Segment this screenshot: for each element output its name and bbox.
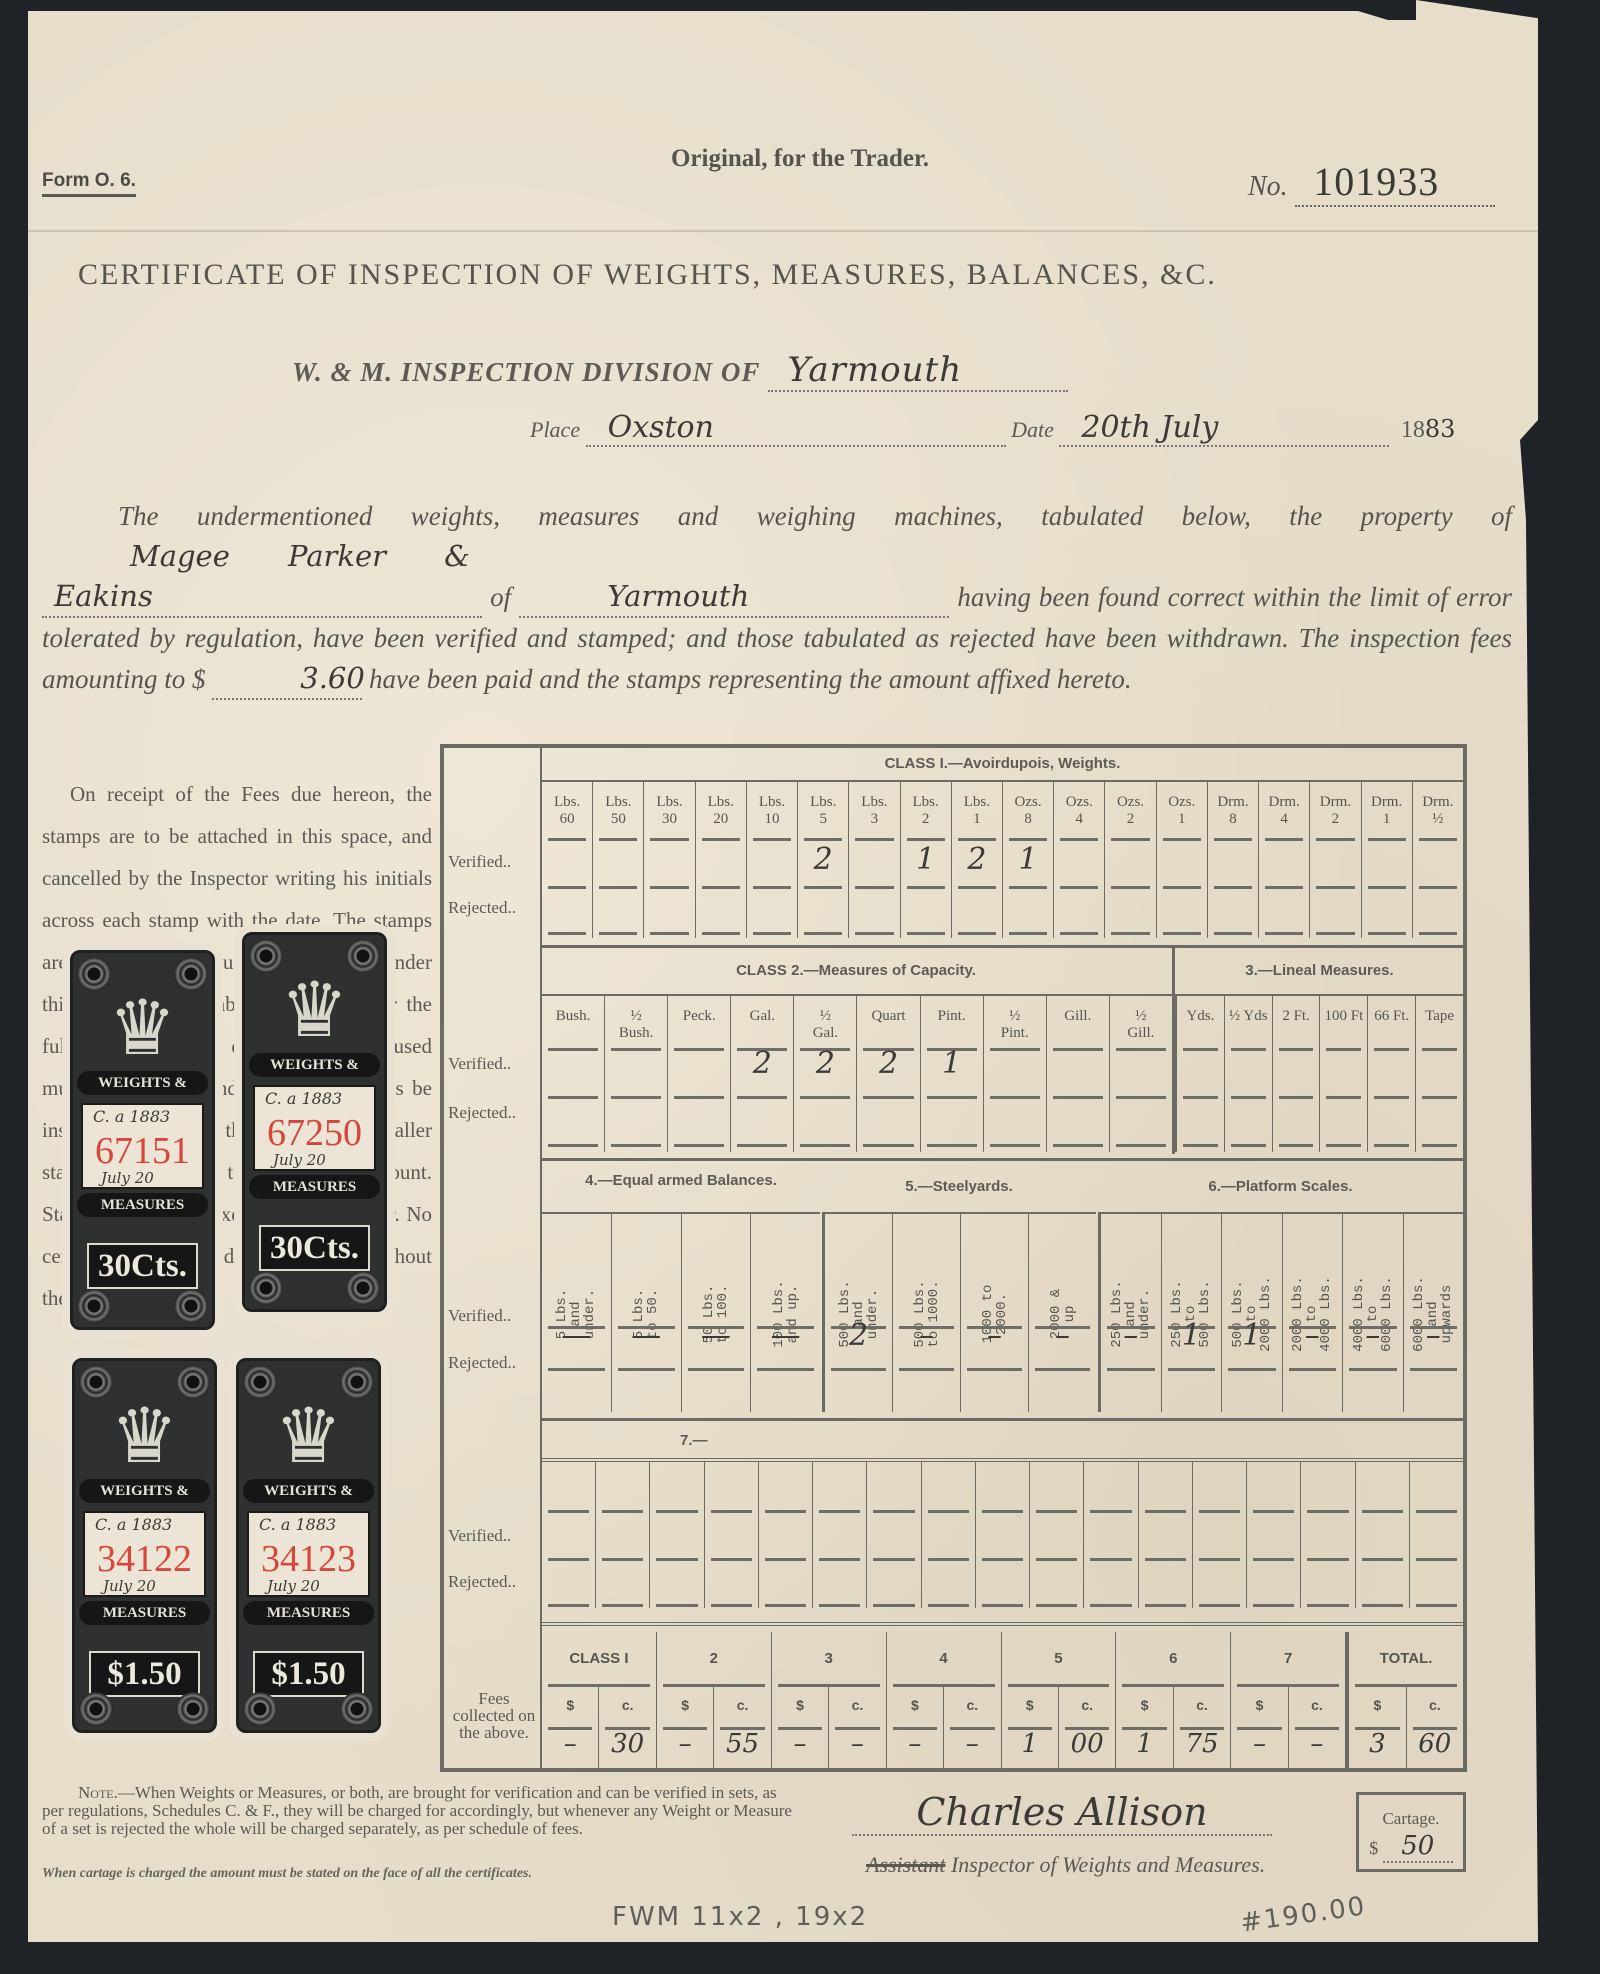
cell-divider — [1214, 932, 1252, 935]
class5-title: 5.—Steelyards. — [822, 1178, 1096, 1195]
verified-count: — — [751, 1318, 820, 1353]
cell-divider — [1145, 1558, 1186, 1561]
class4-title: 4.—Equal armed Balances. — [542, 1172, 820, 1189]
cell-divider — [702, 886, 740, 889]
class6-column: 250 Lbs. and under.– — [1101, 1214, 1162, 1412]
column-header: Gal. — [731, 996, 793, 1025]
fee-class-label: 4 — [887, 1632, 1001, 1667]
cell-divider — [990, 1048, 1040, 1051]
year-suffix: 83 — [1425, 415, 1456, 443]
fee-dollars-cell: $3 — [1349, 1687, 1406, 1768]
cell-divider — [602, 1558, 643, 1561]
cell-divider — [1265, 886, 1303, 889]
divider — [542, 1158, 1463, 1161]
cell-divider — [1009, 838, 1047, 841]
fee-dollars-cell: $– — [772, 1687, 829, 1768]
cell-divider — [800, 1144, 850, 1147]
cell-divider — [1183, 1096, 1218, 1099]
cell-divider — [1163, 838, 1201, 841]
rosette-icon — [340, 1692, 374, 1726]
class3-column: 2 Ft. — [1273, 996, 1321, 1152]
fee-cents-value: 75 — [1174, 1729, 1230, 1759]
cell-divider — [1316, 886, 1354, 889]
cell-divider — [602, 1604, 643, 1607]
cell-divider — [1053, 1144, 1103, 1147]
cell-divider — [1419, 932, 1457, 935]
verified-count: 2 — [952, 842, 1002, 877]
class2-column: ½ Bush. — [605, 996, 668, 1152]
cell-divider — [674, 1048, 724, 1051]
stamp-serial: 34123 — [249, 1537, 368, 1581]
class2-column: Gal.2 — [731, 996, 794, 1152]
verified-count: – — [893, 1318, 960, 1353]
stamp-date: July 20 — [103, 1577, 156, 1595]
fee-cents-cell: c.– — [944, 1687, 1000, 1768]
cell-divider — [1279, 1048, 1314, 1051]
class2-column: Gill. — [1047, 996, 1110, 1152]
crown-icon: ♛ — [245, 965, 384, 1055]
stamp-cancel: C. a 1883 — [265, 1089, 342, 1108]
cell-divider — [656, 1558, 697, 1561]
cell-divider — [855, 932, 893, 935]
note-text: —When Weights or Measures, or both, are … — [42, 1783, 792, 1838]
column-header: 100 Ft — [1320, 996, 1367, 1025]
class1-column: Lbs. 21 — [901, 782, 952, 938]
fee-dollars-label: $ — [542, 1687, 598, 1713]
cell-divider — [958, 838, 996, 841]
cell-divider — [1279, 1096, 1314, 1099]
cell-divider — [1163, 932, 1201, 935]
cell-divider — [1199, 1510, 1240, 1513]
class1-column: Ozs. 81 — [1003, 782, 1054, 938]
class7-column — [1193, 1462, 1247, 1608]
fee-class-label: TOTAL. — [1349, 1632, 1463, 1667]
cell-divider — [907, 932, 945, 935]
cell-divider — [1374, 1144, 1409, 1147]
class6-column: 2000 Lbs. to 4000 Lbs.– — [1283, 1214, 1344, 1412]
cell-divider — [873, 1510, 914, 1513]
fee-cents-label: c. — [1174, 1687, 1230, 1713]
class7-column — [867, 1462, 921, 1608]
fee-cents-value: – — [1289, 1729, 1345, 1759]
revenue-stamp-1: ♛ WEIGHTS & C. a 1883 67151 July 20 MEAS… — [70, 950, 215, 1330]
class1-column: Lbs. 12 — [952, 782, 1003, 938]
fee-class-column: 2$–c.55 — [657, 1632, 772, 1768]
rosette-icon — [249, 1271, 283, 1305]
cell-divider — [928, 1604, 969, 1607]
class7-column — [813, 1462, 867, 1608]
cell-divider — [990, 1096, 1040, 1099]
cell-divider — [611, 1096, 661, 1099]
cell-divider — [753, 886, 791, 889]
cell-divider — [1362, 1558, 1403, 1561]
statement-text-2: of — [490, 582, 511, 612]
statement-text-1: The undermentioned weights, measures and… — [118, 501, 1512, 531]
fee-cents-label: c. — [1059, 1687, 1115, 1713]
cell-divider — [1214, 838, 1252, 841]
stamp-bottom-band: MEASURES — [79, 1601, 210, 1625]
cell-divider — [548, 1558, 589, 1561]
fee-cents-value: 00 — [1059, 1729, 1115, 1759]
fee-dollars-value: 1 — [1116, 1729, 1172, 1759]
fee-class-column: 3$–c.– — [772, 1632, 887, 1768]
fee-class-label: 7 — [1231, 1632, 1345, 1667]
stamp-bottom-band: MEASURES — [77, 1193, 208, 1217]
cell-divider — [702, 838, 740, 841]
class5-column: 500 Lbs. to 1000.– — [893, 1214, 961, 1412]
column-header: Lbs. 5 — [798, 782, 848, 828]
fee-class-column: 6$1c.75 — [1116, 1632, 1231, 1768]
cell-divider — [1416, 1510, 1457, 1513]
cell-divider — [599, 932, 637, 935]
class7-column — [650, 1462, 704, 1608]
cell-divider — [990, 1144, 1040, 1147]
class7-column — [1139, 1462, 1193, 1608]
fee-dollars-value: – — [542, 1729, 598, 1759]
class2-verified-label: Verified.. — [448, 1054, 511, 1074]
cell-divider — [927, 1096, 977, 1099]
cell-divider — [1307, 1558, 1348, 1561]
cell-divider — [1231, 1048, 1266, 1051]
column-header: Lbs. 50 — [593, 782, 643, 828]
column-header: Lbs. 2 — [901, 782, 951, 828]
fee-dollars-cell: $– — [1231, 1687, 1288, 1768]
class1-column: Ozs. 4 — [1054, 782, 1105, 938]
verified-count: – — [961, 1318, 1028, 1353]
fee-subcolumns: $–c.– — [1231, 1687, 1345, 1768]
cell-divider — [907, 886, 945, 889]
cell-divider — [1111, 886, 1149, 889]
statement-text-4: have been paid and the stamps representi… — [369, 664, 1132, 694]
cell-divider — [1090, 1604, 1131, 1607]
cell-divider — [804, 932, 842, 935]
cell-divider — [1231, 1144, 1266, 1147]
cell-divider — [611, 1048, 661, 1051]
verified-count: — — [612, 1318, 681, 1353]
fees-columns: CLASS I$–c.302$–c.553$–c.–4$–c.–5$1c.006… — [542, 1632, 1463, 1768]
cell-divider — [1419, 838, 1457, 841]
cell-divider — [928, 1558, 969, 1561]
verified-count: – — [1101, 1318, 1161, 1353]
class1-column: Ozs. 1 — [1157, 782, 1208, 938]
cell-divider — [804, 838, 842, 841]
class7-rejected-label: Rejected.. — [448, 1572, 516, 1592]
fee-class-column: 5$1c.00 — [1002, 1632, 1117, 1768]
cell-divider — [819, 1558, 860, 1561]
fees-label: Fees collected on the above. — [448, 1690, 540, 1741]
cell-divider — [1374, 1096, 1409, 1099]
class4-column: 5 Lbs. and under.— — [542, 1214, 612, 1412]
cell-divider — [1416, 1558, 1457, 1561]
column-header: Ozs. 1 — [1157, 782, 1207, 828]
stamp-bottom-band: MEASURES — [249, 1175, 380, 1199]
column-header: ½ Yds — [1225, 996, 1272, 1025]
stamp-cancel-panel: C. a 1883 34123 July 20 — [247, 1511, 370, 1597]
rosette-icon — [174, 1289, 208, 1323]
verified-count: – — [1404, 1318, 1464, 1353]
cell-divider — [1368, 838, 1406, 841]
fee-cents-value: 60 — [1407, 1729, 1463, 1759]
stamp-value: 30Cts. — [259, 1225, 370, 1271]
cell-divider — [656, 1604, 697, 1607]
cell-divider — [1060, 838, 1098, 841]
cell-divider — [1009, 932, 1047, 935]
column-header: Peck. — [668, 996, 730, 1025]
cell-divider — [1279, 1144, 1314, 1147]
cell-divider — [927, 1144, 977, 1147]
cell-divider — [1374, 1048, 1409, 1051]
stamp-cancel: C. a 1883 — [93, 1107, 170, 1126]
revenue-stamp-2: ♛ WEIGHTS & C. a 1883 67250 July 20 MEAS… — [242, 932, 387, 1312]
cell-divider — [656, 1510, 697, 1513]
column-header: Drm. 8 — [1208, 782, 1258, 828]
class6-column: 4000 Lbs. to 6000 Lbs.– — [1343, 1214, 1404, 1412]
cartage-currency: $ — [1369, 1838, 1378, 1858]
class2-column: Bush. — [542, 996, 605, 1152]
fee-subcolumns: $–c.– — [772, 1687, 886, 1768]
column-header: Lbs. 10 — [747, 782, 797, 828]
class6-title: 6.—Platform Scales. — [1098, 1178, 1463, 1195]
column-header: Drm. 2 — [1310, 782, 1360, 828]
cell-divider — [1349, 1368, 1397, 1371]
verified-count: 2 — [798, 842, 848, 877]
serial-block: No. 101933 — [1248, 158, 1495, 207]
class7-verified-label: Verified.. — [448, 1526, 511, 1546]
cell-divider — [1362, 1510, 1403, 1513]
class7-column — [596, 1462, 650, 1608]
column-header: Drm. 4 — [1259, 782, 1309, 828]
class2-column: Pint.1 — [921, 996, 984, 1152]
class6-column: 250 Lbs. to 500 Lbs.1 — [1162, 1214, 1223, 1412]
class4-rejected-label: Rejected.. — [448, 1353, 516, 1373]
cell-divider — [1199, 1558, 1240, 1561]
column-header: ½ Pint. — [984, 996, 1046, 1042]
class4-verified-label: Verified.. — [448, 1306, 511, 1326]
class5-column: 500 Lbs. and under.2 — [825, 1214, 893, 1412]
rosette-icon — [176, 1692, 210, 1726]
class7-column — [922, 1462, 976, 1608]
class1-rejected-label: Rejected.. — [448, 898, 516, 918]
cell-divider — [1036, 1510, 1077, 1513]
stamp-top-band: WEIGHTS & — [249, 1053, 380, 1077]
place-value: Oxston — [586, 410, 1006, 447]
cell-divider — [873, 1558, 914, 1561]
fee-cents-label: c. — [1289, 1687, 1345, 1713]
cell-divider — [650, 838, 688, 841]
fees-note: Note.—When Weights or Measures, or both,… — [42, 1784, 802, 1838]
class3-column: Yds. — [1177, 996, 1225, 1152]
revenue-stamp-3: ♛ WEIGHTS & C. a 1883 34122 July 20 MEAS… — [72, 1358, 217, 1733]
divider — [1172, 948, 1175, 1154]
fee-class-label: CLASS I — [542, 1632, 656, 1667]
class1-column: Lbs. 52 — [798, 782, 849, 938]
class7-title: 7.— — [680, 1432, 720, 1449]
crown-icon: ♛ — [75, 1391, 214, 1481]
fee-cents-cell: c.30 — [599, 1687, 655, 1768]
cell-divider — [753, 932, 791, 935]
class2-column: ½ Gill. — [1110, 996, 1172, 1152]
stamp-cancel: C. a 1883 — [95, 1515, 172, 1534]
cell-divider — [1090, 1510, 1131, 1513]
fee-cents-value: 30 — [599, 1729, 655, 1759]
class4-column: 100 Lbs. and up.— — [751, 1214, 820, 1412]
cell-divider — [1090, 1558, 1131, 1561]
cell-divider — [1422, 1144, 1457, 1147]
date-value: 20th July — [1059, 410, 1389, 447]
cell-divider — [548, 1368, 605, 1371]
class4-column: 50 Lbs. to 100.— — [682, 1214, 752, 1412]
fee-subcolumns: $–c.55 — [657, 1687, 771, 1768]
place-label: Place — [530, 417, 580, 442]
cartage-box: Cartage. $ 50 — [1356, 1792, 1466, 1872]
cell-divider — [899, 1368, 954, 1371]
crown-icon: ♛ — [239, 1391, 378, 1481]
cell-divider — [1326, 1096, 1361, 1099]
date-label: Date — [1011, 417, 1054, 442]
cell-divider — [982, 1510, 1023, 1513]
divider — [542, 1622, 1463, 1626]
cell-divider — [548, 886, 586, 889]
fee-dollars-label: $ — [772, 1687, 828, 1713]
cell-divider — [737, 1096, 787, 1099]
verified-count: — — [542, 1318, 611, 1353]
stamp-date: July 20 — [101, 1169, 154, 1187]
class7-column — [542, 1462, 596, 1608]
cell-divider — [753, 838, 791, 841]
stamp-cancel-panel: C. a 1883 34122 July 20 — [83, 1511, 206, 1597]
certificate-title: Certificate of Inspection of Weights, Me… — [78, 258, 1217, 292]
class1-columns: Lbs. 60Lbs. 50Lbs. 30Lbs. 20Lbs. 10Lbs. … — [542, 780, 1463, 938]
fee-dollars-cell: $1 — [1002, 1687, 1059, 1768]
class1-column: Drm. 1 — [1362, 782, 1413, 938]
pencil-catalog-note: FWM 11x2 , 19x2 — [612, 1902, 868, 1932]
verified-count: 1 — [1222, 1318, 1282, 1353]
class2-columns: Bush.½ Bush.Peck.Gal.2½ Gal.2Quart2Pint.… — [542, 994, 1172, 1152]
fee-dollars-cell: $– — [657, 1687, 714, 1768]
class1-column: Lbs. 20 — [696, 782, 747, 938]
class3-title: 3.—Lineal Measures. — [1176, 962, 1463, 979]
cell-divider — [702, 932, 740, 935]
cell-divider — [800, 1096, 850, 1099]
cell-divider — [1168, 1368, 1216, 1371]
class1-column: Drm. 8 — [1208, 782, 1259, 938]
column-header: Drm. ½ — [1413, 782, 1463, 828]
cell-divider — [1253, 1510, 1294, 1513]
cell-divider — [1316, 838, 1354, 841]
fee-dollars-label: $ — [1002, 1687, 1058, 1713]
class6-column: 6000 Lbs. and upwards– — [1404, 1214, 1464, 1412]
class3-column: Tape — [1416, 996, 1463, 1152]
cell-divider — [1145, 1510, 1186, 1513]
class7-columns — [542, 1458, 1463, 1608]
column-header: Tape — [1416, 996, 1463, 1025]
class7-column — [759, 1462, 813, 1608]
cell-divider — [1416, 1604, 1457, 1607]
cell-divider — [1307, 1510, 1348, 1513]
class6-columns: 250 Lbs. and under.–250 Lbs. to 500 Lbs.… — [1098, 1212, 1463, 1412]
class1-column: Lbs. 30 — [644, 782, 695, 938]
fee-class-column: CLASS I$–c.30 — [542, 1632, 657, 1768]
cell-divider — [611, 1144, 661, 1147]
verified-count: 2 — [825, 1318, 892, 1353]
cell-divider — [1145, 1604, 1186, 1607]
fee-dollars-value: 3 — [1349, 1729, 1405, 1759]
cell-divider — [1035, 1368, 1090, 1371]
cell-divider — [1231, 1096, 1266, 1099]
cell-divider — [1163, 886, 1201, 889]
class6-column: 500 Lbs. to 2000 Lbs.1 — [1222, 1214, 1283, 1412]
cell-divider — [1111, 932, 1149, 935]
fee-dollars-label: $ — [657, 1687, 713, 1713]
column-header: Ozs. 4 — [1054, 782, 1104, 828]
fee-dollars-label: $ — [887, 1687, 943, 1713]
fee-class-label: 5 — [1002, 1632, 1116, 1667]
fee-class-column: 7$–c.– — [1231, 1632, 1346, 1768]
cell-divider — [548, 1048, 598, 1051]
fee-class-label: 2 — [657, 1632, 771, 1667]
class2-title: CLASS 2.—Measures of Capacity. — [542, 962, 1170, 979]
class5-column: 1000 to 2000.– — [961, 1214, 1029, 1412]
verified-count: 1 — [921, 1046, 983, 1081]
column-header: Gill. — [1047, 996, 1109, 1025]
cell-divider — [1111, 838, 1149, 841]
revenue-stamp-4: ♛ WEIGHTS & C. a 1883 34123 July 20 MEAS… — [236, 1358, 381, 1733]
cell-divider — [618, 1368, 675, 1371]
cell-divider — [873, 1604, 914, 1607]
column-header: ½ Gal. — [794, 996, 856, 1042]
fee-cents-label: c. — [944, 1687, 1000, 1713]
class1-column: Lbs. 60 — [542, 782, 593, 938]
rosette-icon — [79, 1692, 113, 1726]
fee-dollars-value: – — [1231, 1729, 1287, 1759]
stamp-value: 30Cts. — [87, 1243, 198, 1289]
cell-divider — [982, 1558, 1023, 1561]
cell-divider — [1183, 1048, 1218, 1051]
cell-divider — [1253, 1558, 1294, 1561]
cell-divider — [765, 1510, 806, 1513]
verified-count: 2 — [794, 1046, 856, 1081]
verified-count: – — [1029, 1318, 1096, 1353]
inspector-title: Assistant Inspector of Weights and Measu… — [866, 1852, 1265, 1878]
column-header: Yds. — [1177, 996, 1224, 1025]
owner-location: Yarmouth — [519, 576, 949, 618]
place-date-row: Place Oxston Date 20th July 1883 — [530, 410, 1455, 447]
cell-divider — [1362, 1604, 1403, 1607]
cell-divider — [819, 1604, 860, 1607]
class7-column — [1410, 1462, 1463, 1608]
cell-divider — [1060, 932, 1098, 935]
class1-column: Drm. ½ — [1413, 782, 1463, 938]
class7-column — [1301, 1462, 1355, 1608]
fee-class-column: TOTAL.$3c.60 — [1346, 1632, 1463, 1768]
fee-cents-cell: c.00 — [1059, 1687, 1115, 1768]
class1-column: Lbs. 50 — [593, 782, 644, 938]
class2-column: Peck. — [668, 996, 731, 1152]
cell-divider — [1307, 1604, 1348, 1607]
inspector-title-text: Inspector of Weights and Measures. — [951, 1852, 1265, 1877]
stamp-top-band: WEIGHTS & — [243, 1479, 374, 1503]
stamp-bottom-band: MEASURES — [243, 1601, 374, 1625]
cell-divider — [1265, 838, 1303, 841]
verified-count: – — [1343, 1318, 1403, 1353]
class2-column: ½ Gal.2 — [794, 996, 857, 1152]
class1-column: Lbs. 10 — [747, 782, 798, 938]
fee-class-label: 6 — [1116, 1632, 1230, 1667]
serial-number: 101933 — [1295, 158, 1495, 207]
cell-divider — [602, 1510, 643, 1513]
class2-rejected-label: Rejected.. — [448, 1103, 516, 1123]
fee-dollars-cell: $1 — [1116, 1687, 1173, 1768]
